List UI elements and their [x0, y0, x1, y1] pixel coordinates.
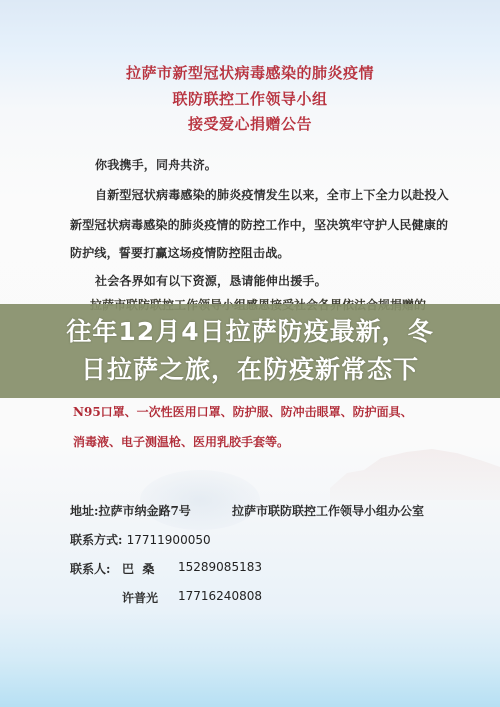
- address-value: 拉萨市纳金路7号: [98, 504, 190, 518]
- contact-person-2-name: 许普光: [122, 589, 158, 606]
- contact-person-label: 联系人:: [70, 560, 110, 577]
- office-name: 拉萨市联防联控工作领导小组办公室: [232, 502, 424, 519]
- address-label: 地址:: [70, 504, 98, 518]
- contact-person-1-phone: 15289085183: [178, 560, 262, 574]
- title-line-1: 拉萨市新型冠状病毒感染的肺炎疫情: [0, 62, 500, 83]
- phone-value: 17711900050: [127, 533, 211, 547]
- contact-person-2-phone: 17716240808: [178, 589, 262, 603]
- supplies-line-2: 消毒液、电子测温枪、医用乳胶手套等。: [73, 433, 289, 450]
- contact-person-1-name: 巴 桑: [122, 560, 154, 577]
- headline-banner: 往年12月4日拉萨防疫最新，冬 日拉萨之旅，在防疫新常态下: [0, 304, 500, 398]
- title-line-2: 联防联控工作领导小组: [0, 88, 500, 109]
- paragraph-intro-line-1: 自新型冠状病毒感染的肺炎疫情发生以来，全市上下全力以赴投入: [95, 186, 449, 203]
- paragraph-appeal: 社会各界如有以下资源，恳请能伸出援手。: [95, 272, 327, 289]
- address-row: 地址:拉萨市纳金路7号: [70, 502, 191, 519]
- title-line-3: 接受爱心捐赠公告: [0, 113, 500, 134]
- phone-row: 联系方式: 17711900050: [70, 531, 211, 548]
- headline-line-2: 日拉萨之旅，在防疫新常态下: [81, 351, 419, 389]
- paragraph-intro-line-2: 新型冠状病毒感染的肺炎疫情的防控工作中，坚决筑牢守护人民健康的: [70, 216, 448, 233]
- paragraph-intro-line-3: 防护线，誓要打赢这场疫情防控阻击战。: [70, 244, 290, 261]
- phone-label: 联系方式:: [70, 533, 122, 547]
- supplies-line-1: N95口罩、一次性医用口罩、防护服、防冲击眼罩、防护面具、: [73, 403, 413, 420]
- paragraph-greeting: 你我携手，同舟共济。: [95, 156, 217, 173]
- headline-line-1: 往年12月4日拉萨防疫最新，冬: [66, 313, 433, 351]
